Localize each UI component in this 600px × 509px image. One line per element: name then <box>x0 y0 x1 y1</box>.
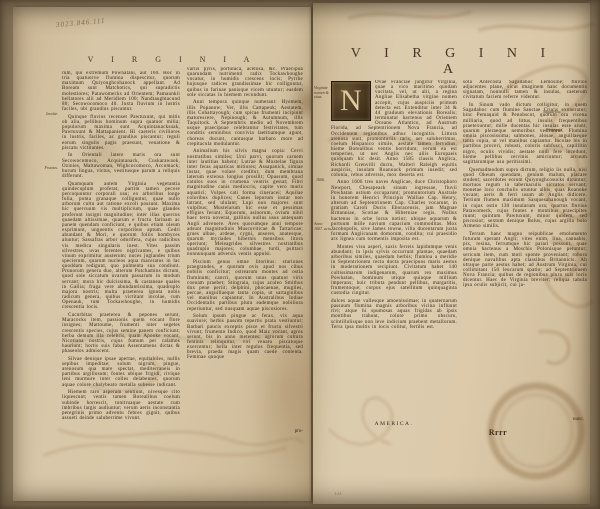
folio-number: 133 <box>334 492 342 497</box>
paragraph: Cucurbitas praeterea & pepones serunt, M… <box>62 313 180 354</box>
paragraph: Quamquam autem Virginia vegetantia quind… <box>62 182 180 311</box>
left-margin-note-incolae: Incolæ. <box>30 112 58 117</box>
paragraph: Hiemem raro asperam sentiunt, nivesque c… <box>62 390 180 421</box>
paragraph: In Sinum vado dictum colligitur, in quem… <box>463 103 587 165</box>
paragraph: Anni tempora quinque numerant: Hyemem, i… <box>187 100 303 146</box>
left-page-column-2: variis pyris, portulaca, acetosa, &c. Pr… <box>187 67 303 427</box>
paragraph: dulces aquae vallesque amoenissimae; in … <box>331 299 457 330</box>
paragraph: variis pyris, portulaca, acetosa, &c. Pr… <box>187 67 303 98</box>
right-page-header: V I R G I N I A <box>348 46 558 78</box>
paragraph: Quinque fluvios recenset Pawtuxunt, qui … <box>62 115 180 151</box>
left-margin-note-fructus: Fructus. <box>32 166 58 171</box>
paragraph: sola Antecosta Sagadahoc Lemosine; fluvi… <box>463 80 587 101</box>
right-page-catchword: nunc. <box>550 417 584 422</box>
paragraph: rum, qui extremum Powhatani, aut 160. Ho… <box>62 71 180 112</box>
left-page-header: V I R G I N I A <box>55 55 290 64</box>
woodcut-initial-N: N <box>331 81 371 121</box>
paragraph: Montes visu asperi, saxis ferreis lapidu… <box>331 245 457 297</box>
scanned-atlas-page-photo: 3023.846.111 V I R G I N I A Incolæ. Fru… <box>0 0 600 509</box>
left-page-column-1: rum, qui extremum Powhatani, aut 160. Ho… <box>62 71 180 427</box>
paragraph: Solum ipsum pingue ac ferax, vix aqua su… <box>187 314 303 360</box>
paragraph: Animalium his silvis magna copia: Cervi … <box>187 149 303 257</box>
paragraph: Anno 1606 tres naves Anglicae, duce Chri… <box>331 180 457 242</box>
left-page-catchword: pro- <box>270 429 303 434</box>
right-margin-note-anno: Anno 1607. acta. <box>314 222 332 231</box>
paragraph: Silvae denique ipsae apertae, equitabile… <box>62 357 180 388</box>
opening-paragraph: NOvae Franciae jungitur Virginia, quae a… <box>331 80 457 178</box>
gathering-signature: Rrrr <box>478 428 518 437</box>
paragraph: In Orientali latere maris ora sunt Secow… <box>62 153 180 179</box>
right-margin-note-1606: 1606. <box>316 178 330 183</box>
right-page-column-1: NOvae Franciae jungitur Virginia, quae a… <box>331 80 457 416</box>
right-page-column-2: sola Antecosta Sagadahoc Lemosine; fluvi… <box>463 80 587 416</box>
paragraph: Terram hanc magno reipublicae emolumento… <box>463 232 587 289</box>
paragraph: Quemadmodum supra dictum, religio iis nu… <box>463 168 587 230</box>
paragraph: Piscium genus omne litoribus: sturiones … <box>187 260 303 312</box>
running-footer-america: AMERICA. <box>331 421 457 427</box>
